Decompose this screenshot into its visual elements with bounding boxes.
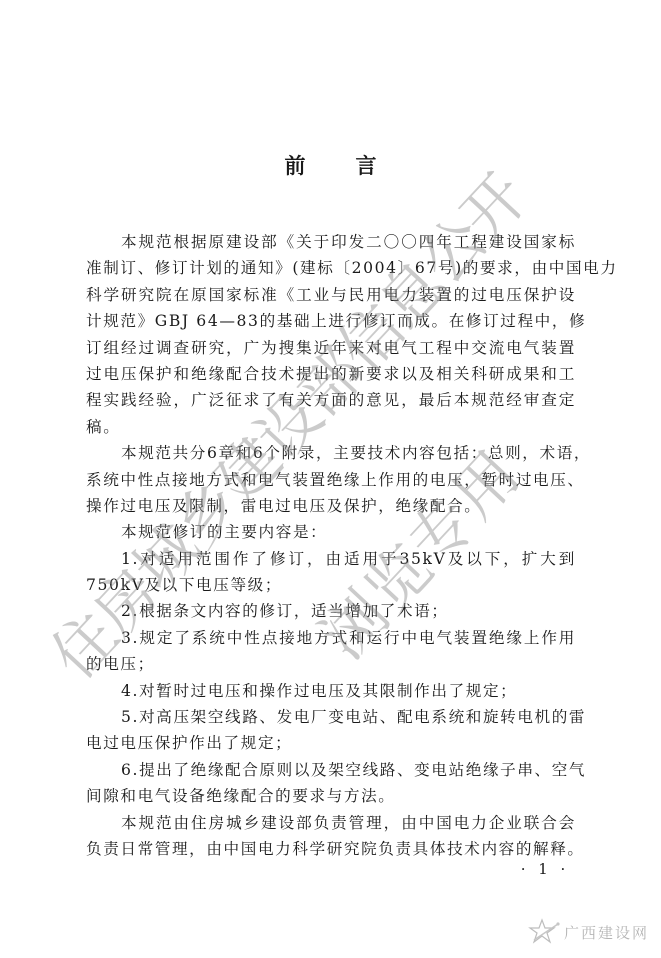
text-line: 稿。: [86, 414, 576, 440]
text-line: 4.对暂时过电压和操作过电压及其限制作出了规定；: [86, 678, 576, 704]
text-line: 750kV及以下电压等级；: [86, 572, 576, 598]
text-line: 操作过电压及限制，雷电过电压及保护，绝缘配合。: [86, 493, 576, 519]
text-line: 2.根据条文内容的修订，适当增加了术语；: [86, 598, 576, 624]
text-line: 本规范共分6章和6个附录，主要技术内容包括：总则，术语，: [86, 440, 576, 466]
text-line: 计规范》GBJ 64—83的基础上进行修订而成。在修订过程中，修: [86, 308, 576, 334]
document-page: 前言 本规范根据原建设部《关于印发二〇〇四年工程建设国家标准制订、修订计划的通知…: [0, 0, 661, 958]
page-title: 前言: [0, 150, 661, 180]
text-line: 电过电压保护作出了规定；: [86, 730, 576, 756]
text-line: 本规范由住房城乡建设部负责管理，由中国电力企业联合会: [86, 810, 576, 836]
preface-body: 本规范根据原建设部《关于印发二〇〇四年工程建设国家标准制订、修订计划的通知》(建…: [86, 229, 576, 862]
text-line: 系统中性点接地方式和电气装置绝缘上作用的电压，暂时过电压、: [86, 467, 576, 493]
text-line: 科学研究院在原国家标准《工业与民用电力装置的过电压保护设: [86, 282, 576, 308]
title-char-2: 言: [356, 150, 377, 180]
text-line: 5.对高压架空线路、发电厂变电站、配电系统和旋转电机的雷: [86, 704, 576, 730]
page-number: · 1 ·: [515, 860, 575, 878]
text-line: 本规范根据原建设部《关于印发二〇〇四年工程建设国家标: [86, 229, 576, 255]
title-char-1: 前: [285, 150, 306, 180]
site-logo: 广西建设网: [528, 912, 658, 952]
text-line: 准制订、修订计划的通知》(建标〔2004〕67号)的要求，由中国电力: [86, 255, 576, 281]
text-line: 6.提出了绝缘配合原则以及架空线路、变电站绝缘子串、空气: [86, 757, 576, 783]
text-line: 1.对适用范围作了修订，由适用于35kV及以下，扩大到: [86, 546, 576, 572]
text-line: 程实践经验，广泛征求了有关方面的意见，最后本规范经审查定: [86, 387, 576, 413]
logo-name: 广西建设网: [564, 922, 649, 943]
text-line: 3.规定了系统中性点接地方式和运行中电气装置绝缘上作用: [86, 625, 576, 651]
star-logo-icon: [528, 918, 560, 946]
text-line: 过电压保护和绝缘配合技术提出的新要求以及相关科研成果和工: [86, 361, 576, 387]
text-line: 本规范修订的主要内容是：: [86, 519, 576, 545]
text-line: 订组经过调查研究，广为搜集近年来对电气工程中交流电气装置: [86, 335, 576, 361]
text-line: 间隙和电气设备绝缘配合的要求与方法。: [86, 783, 576, 809]
text-line: 的电压；: [86, 651, 576, 677]
text-line: 负责日常管理，由中国电力科学研究院负责具体技术内容的解释。: [86, 836, 576, 862]
